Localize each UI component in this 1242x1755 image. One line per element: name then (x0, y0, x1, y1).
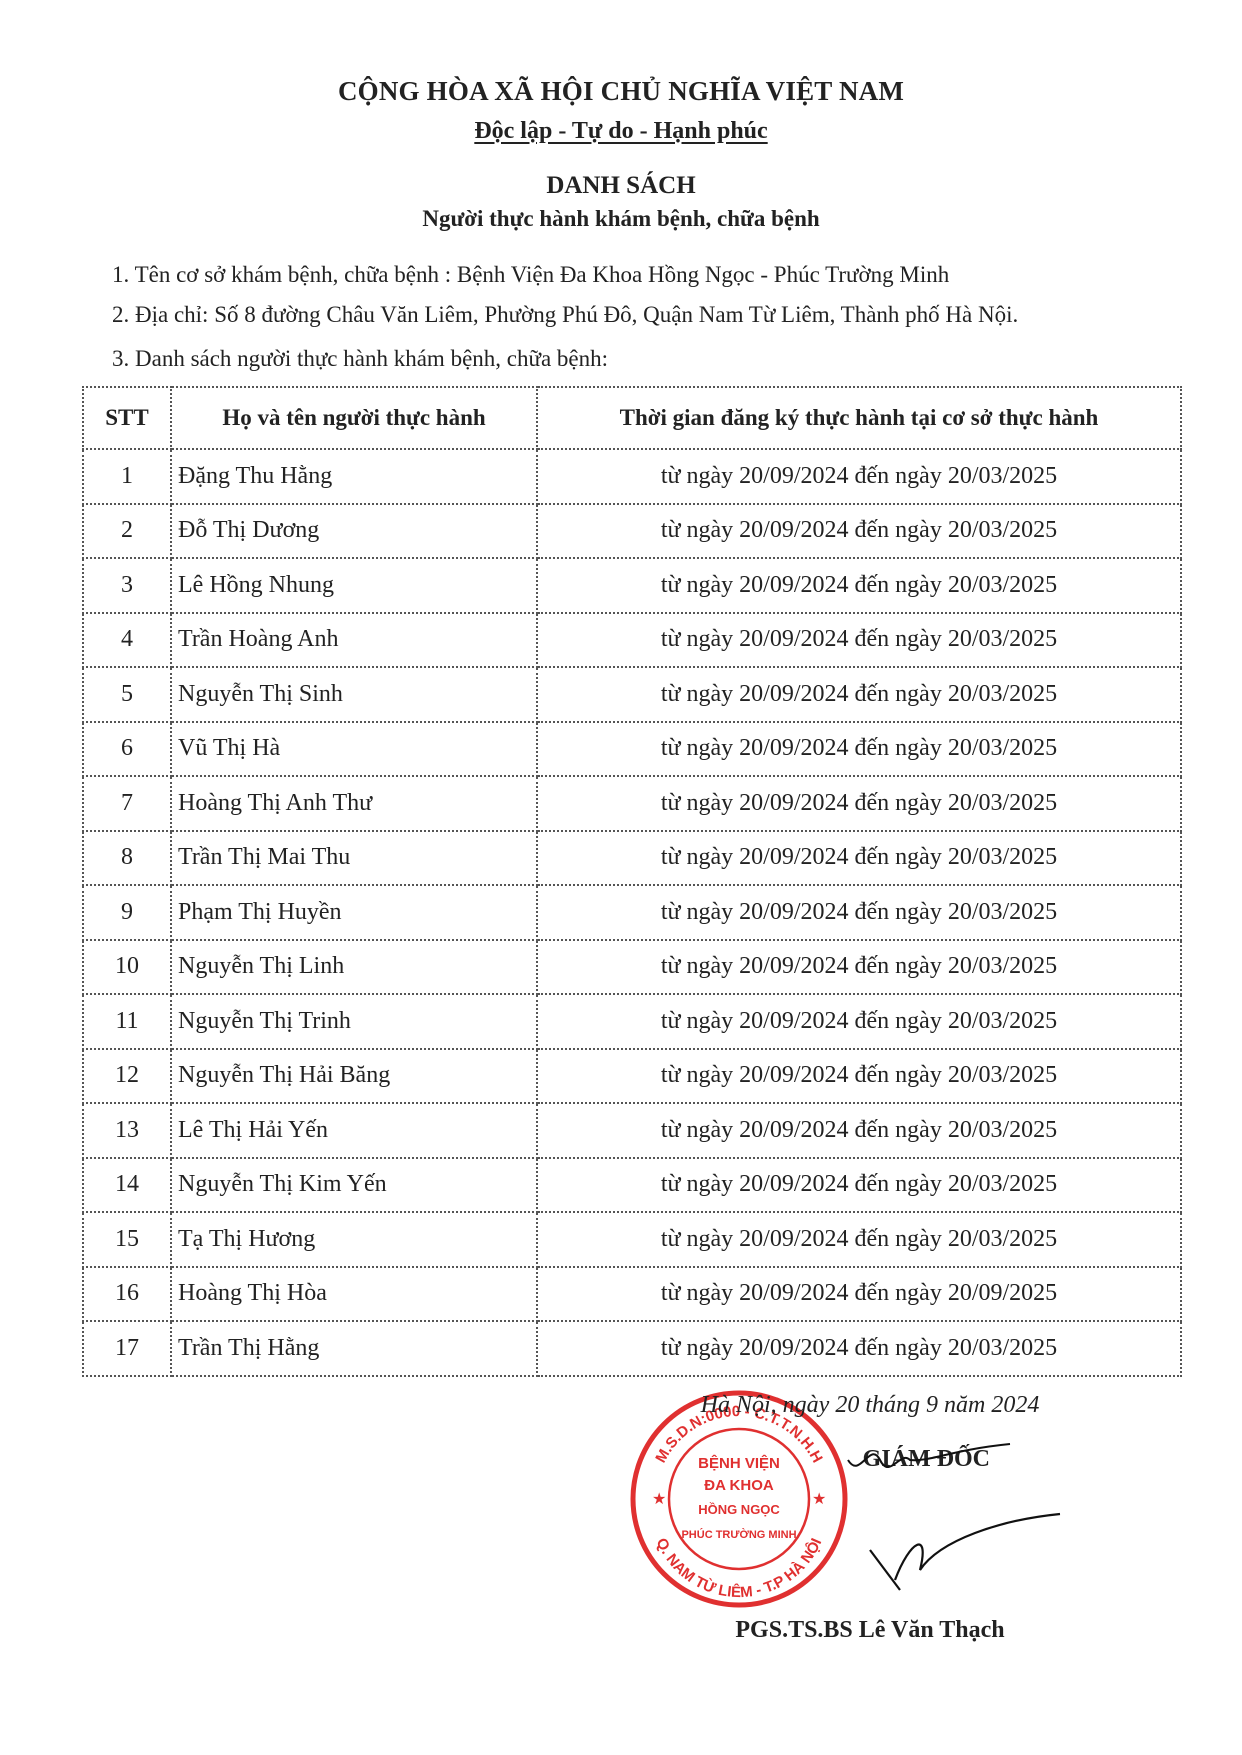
hospital-stamp-icon: M.S.D.N:0000 - C.T.T.N.H.H Q. NAM TỪ LIÊ… (628, 1388, 850, 1610)
row-stt: 8 (83, 831, 171, 886)
row-name: Đặng Thu Hằng (171, 449, 537, 504)
row-stt: 2 (83, 504, 171, 559)
row-stt: 7 (83, 776, 171, 831)
table-row: 16Hoàng Thị Hòatừ ngày 20/09/2024 đến ng… (83, 1267, 1181, 1322)
table-row: 3Lê Hồng Nhungtừ ngày 20/09/2024 đến ngà… (83, 558, 1181, 613)
row-period: từ ngày 20/09/2024 đến ngày 20/03/2025 (537, 831, 1181, 886)
row-period: từ ngày 20/09/2024 đến ngày 20/03/2025 (537, 504, 1181, 559)
row-period: từ ngày 20/09/2024 đến ngày 20/03/2025 (537, 885, 1181, 940)
row-stt: 6 (83, 722, 171, 777)
svg-text:HỒNG NGỌC: HỒNG NGỌC (698, 1502, 780, 1517)
signing-date: Hà Nội, ngày 20 tháng 9 năm 2024 (650, 1392, 1090, 1419)
row-stt: 13 (83, 1103, 171, 1158)
row-name: Phạm Thị Huyền (171, 885, 537, 940)
table-row: 12Nguyễn Thị Hải Băngtừ ngày 20/09/2024 … (83, 1049, 1181, 1104)
row-name: Hoàng Thị Anh Thư (171, 776, 537, 831)
row-stt: 15 (83, 1212, 171, 1267)
row-name: Trần Thị Hằng (171, 1321, 537, 1376)
row-period: từ ngày 20/09/2024 đến ngày 20/03/2025 (537, 1212, 1181, 1267)
row-period: từ ngày 20/09/2024 đến ngày 20/03/2025 (537, 940, 1181, 995)
row-name: Hoàng Thị Hòa (171, 1267, 537, 1322)
table-row: 13Lê Thị Hải Yếntừ ngày 20/09/2024 đến n… (83, 1103, 1181, 1158)
table-row: 17Trần Thị Hằngtừ ngày 20/09/2024 đến ng… (83, 1321, 1181, 1376)
row-name: Trần Thị Mai Thu (171, 831, 537, 886)
signature-icon (840, 1430, 1070, 1600)
row-period: từ ngày 20/09/2024 đến ngày 20/03/2025 (537, 613, 1181, 668)
row-stt: 10 (83, 940, 171, 995)
row-stt: 17 (83, 1321, 171, 1376)
header-name: Họ và tên người thực hành (171, 387, 537, 449)
row-name: Lê Hồng Nhung (171, 558, 537, 613)
table-row: 6Vũ Thị Hàtừ ngày 20/09/2024 đến ngày 20… (83, 722, 1181, 777)
row-stt: 9 (83, 885, 171, 940)
row-period: từ ngày 20/09/2024 đến ngày 20/03/2025 (537, 994, 1181, 1049)
row-period: từ ngày 20/09/2024 đến ngày 20/09/2025 (537, 1267, 1181, 1322)
row-name: Nguyễn Thị Kim Yến (171, 1158, 537, 1213)
header-period: Thời gian đăng ký thực hành tại cơ sở th… (537, 387, 1181, 449)
row-period: từ ngày 20/09/2024 đến ngày 20/03/2025 (537, 667, 1181, 722)
row-name: Lê Thị Hải Yến (171, 1103, 537, 1158)
row-name: Vũ Thị Hà (171, 722, 537, 777)
facility-name: 1. Tên cơ sở khám bệnh, chữa bệnh : Bệnh… (112, 262, 949, 288)
row-stt: 1 (83, 449, 171, 504)
table-row: 15Tạ Thị Hươngtừ ngày 20/09/2024 đến ngà… (83, 1212, 1181, 1267)
row-stt: 5 (83, 667, 171, 722)
table-row: 8Trần Thị Mai Thutừ ngày 20/09/2024 đến … (83, 831, 1181, 886)
row-period: từ ngày 20/09/2024 đến ngày 20/03/2025 (537, 722, 1181, 777)
table-row: 11Nguyễn Thị Trinhtừ ngày 20/09/2024 đến… (83, 994, 1181, 1049)
table-header-row: STT Họ và tên người thực hành Thời gian … (83, 387, 1181, 449)
svg-text:★: ★ (652, 1491, 666, 1508)
table-row: 10Nguyễn Thị Linhtừ ngày 20/09/2024 đến … (83, 940, 1181, 995)
row-period: từ ngày 20/09/2024 đến ngày 20/03/2025 (537, 558, 1181, 613)
signer-name: PGS.TS.BS Lê Văn Thạch (660, 1617, 1080, 1644)
row-name: Đỗ Thị Dương (171, 504, 537, 559)
row-stt: 3 (83, 558, 171, 613)
row-period: từ ngày 20/09/2024 đến ngày 20/03/2025 (537, 449, 1181, 504)
header-stt: STT (83, 387, 171, 449)
row-name: Nguyễn Thị Linh (171, 940, 537, 995)
row-stt: 14 (83, 1158, 171, 1213)
row-period: từ ngày 20/09/2024 đến ngày 20/03/2025 (537, 1049, 1181, 1104)
row-name: Nguyễn Thị Trinh (171, 994, 537, 1049)
list-heading: 3. Danh sách người thực hành khám bệnh, … (112, 346, 608, 372)
motto-text: Độc lập - Tự do - Hạnh phúc (474, 118, 767, 144)
row-name: Nguyễn Thị Hải Băng (171, 1049, 537, 1104)
facility-address: 2. Địa chỉ: Số 8 đường Châu Văn Liêm, Ph… (112, 302, 1018, 328)
row-stt: 11 (83, 994, 171, 1049)
table-row: 7Hoàng Thị Anh Thưtừ ngày 20/09/2024 đến… (83, 776, 1181, 831)
row-period: từ ngày 20/09/2024 đến ngày 20/03/2025 (537, 776, 1181, 831)
document-subtitle: Người thực hành khám bệnh, chữa bệnh (0, 206, 1242, 232)
row-stt: 16 (83, 1267, 171, 1322)
document-title: DANH SÁCH (0, 172, 1242, 200)
svg-text:★: ★ (812, 1491, 826, 1508)
row-period: từ ngày 20/09/2024 đến ngày 20/03/2025 (537, 1158, 1181, 1213)
row-name: Nguyễn Thị Sinh (171, 667, 537, 722)
table-row: 5Nguyễn Thị Sinhtừ ngày 20/09/2024 đến n… (83, 667, 1181, 722)
svg-text:PHÚC TRƯỜNG MINH: PHÚC TRƯỜNG MINH (681, 1528, 796, 1541)
svg-text:ĐA KHOA: ĐA KHOA (704, 1477, 774, 1494)
table-row: 14Nguyễn Thị Kim Yếntừ ngày 20/09/2024 đ… (83, 1158, 1181, 1213)
row-stt: 12 (83, 1049, 171, 1104)
motto: Độc lập - Tự do - Hạnh phúc (0, 118, 1242, 145)
practitioner-table: STT Họ và tên người thực hành Thời gian … (82, 386, 1182, 1377)
table-row: 2Đỗ Thị Dươngtừ ngày 20/09/2024 đến ngày… (83, 504, 1181, 559)
table-row: 9Phạm Thị Huyềntừ ngày 20/09/2024 đến ng… (83, 885, 1181, 940)
table-row: 4Trần Hoàng Anhtừ ngày 20/09/2024 đến ng… (83, 613, 1181, 668)
table-row: 1Đặng Thu Hằngtừ ngày 20/09/2024 đến ngà… (83, 449, 1181, 504)
country-header: CỘNG HÒA XÃ HỘI CHỦ NGHĨA VIỆT NAM (0, 76, 1242, 107)
row-name: Tạ Thị Hương (171, 1212, 537, 1267)
row-period: từ ngày 20/09/2024 đến ngày 20/03/2025 (537, 1103, 1181, 1158)
row-name: Trần Hoàng Anh (171, 613, 537, 668)
row-stt: 4 (83, 613, 171, 668)
row-period: từ ngày 20/09/2024 đến ngày 20/03/2025 (537, 1321, 1181, 1376)
